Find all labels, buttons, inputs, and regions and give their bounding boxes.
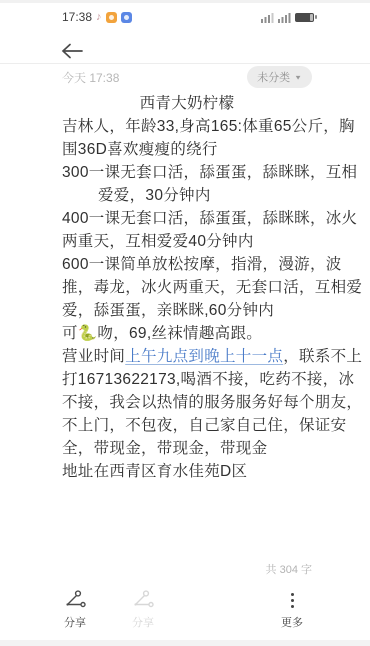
blue-app-badge-icon [121,12,132,23]
text-segment: 不上门，不包夜，自己家自己住，保证安 [62,417,346,434]
word-count: 共 304 字 [266,561,312,577]
signal-bars-icon [261,12,274,23]
text-line: 600一课简单放松按摩，指滑，漫游，波 [62,253,312,276]
text-segment: ，联系不上 [283,348,362,365]
meta-row: 今天 17:38 未分类 ▼ [62,67,312,87]
battery-icon [295,13,314,22]
text-segment: 爱，舔蛋蛋，亲眯眯,60分钟内 [62,302,274,319]
text-segment: 打16713622173,喝酒不接，吃药不接，冰 [62,371,354,388]
music-note-icon: ♪ [96,12,102,23]
text-segment: 爱爱，30分钟内 [98,187,211,204]
text-segment: 吉林人，年龄33,身高165:体重65公斤，胸 [62,118,355,135]
text-line: 推，毒龙，冰火两重天，无套口活，互相爱 [62,276,312,299]
more-dots-icon [291,590,294,610]
share-icon [132,590,154,610]
category-selector[interactable]: 未分类 ▼ [247,66,312,88]
note-content: 西青大奶柠檬 吉林人，年龄33,身高165:体重65公斤，胸围36D喜欢瘦瘦的绕… [62,92,312,483]
text-line: 400一课无套口活，舔蛋蛋，舔眯眯，冰火 [62,207,312,230]
signal-bars-icon [278,12,291,23]
text-segment: 全，带现金，带现金，带现金 [62,440,267,457]
status-right [261,12,314,23]
share-button[interactable]: 分享 [47,590,103,630]
text-segment: 营业时间 [62,348,125,365]
screen-top-edge [0,0,370,3]
note-timestamp: 今天 17:38 [62,69,119,86]
bottom-toolbar: 分享 分享 更多 [0,590,370,636]
header-divider [0,63,370,64]
screen-bottom-edge [0,640,370,646]
nav-bar [60,38,84,64]
text-line: 打16713622173,喝酒不接，吃药不接，冰 [62,368,312,391]
text-segment: 两重天，互相爱爱40分钟内 [62,233,254,250]
text-line: 不上门，不包夜，自己家自己住，保证安 [62,414,312,437]
more-button[interactable]: 更多 [264,590,320,630]
share-label: 分享 [64,614,86,630]
text-line: 营业时间上午九点到晚上十一点，联系不上 [62,345,312,368]
share-icon [64,590,86,610]
phone-screen: 17:38 ♪ 今天 17:38 未分类 ▼ [0,0,370,646]
text-line: 爱，舔蛋蛋，亲眯眯,60分钟内 [62,299,312,322]
text-segment: 300一课无套口活，舔蛋蛋，舔眯眯，互相 [62,164,357,181]
orange-app-badge-icon [106,12,117,23]
business-hours-link[interactable]: 上午九点到晚上十一点 [125,348,283,365]
text-line: 可🐍吻，69,丝袜情趣高跟。 [62,322,312,345]
more-label: 更多 [281,614,303,630]
text-segment: 可🐍吻，69,丝袜情趣高跟。 [62,325,262,342]
text-segment: 600一课简单放松按摩，指滑，漫游，波 [62,256,342,273]
category-label: 未分类 [257,69,290,85]
text-segment: 不接，我会以热情的服务服务好每个朋友， [62,394,362,411]
chevron-down-icon: ▼ [294,73,302,80]
text-line: 不接，我会以热情的服务服务好每个朋友， [62,391,312,414]
status-bar: 17:38 ♪ [62,9,314,25]
note-title: 西青大奶柠檬 [62,92,312,115]
text-segment: 400一课无套口活，舔蛋蛋，舔眯眯，冰火 [62,210,357,227]
status-left: 17:38 ♪ [62,10,132,24]
text-line: 全，带现金，带现金，带现金 [62,437,312,460]
text-segment: 推，毒龙，冰火两重天，无套口活，互相爱 [62,279,362,296]
text-line: 地址在西青区育水佳苑D区 [62,460,312,483]
ghost-share-label: 分享 [132,614,154,630]
back-arrow-icon[interactable] [60,42,84,60]
note-body: 吉林人，年龄33,身高165:体重65公斤，胸围36D喜欢瘦瘦的绕行300一课无… [62,115,312,483]
text-segment: 地址在西青区育水佳苑D区 [62,463,247,480]
text-line: 两重天，互相爱爱40分钟内 [62,230,312,253]
text-segment: 围36D喜欢瘦瘦的绕行 [62,141,218,158]
text-line: 吉林人，年龄33,身高165:体重65公斤，胸 [62,115,312,138]
text-line: 300一课无套口活，舔蛋蛋，舔眯眯，互相 [62,161,312,184]
text-line: 爱爱，30分钟内 [62,184,312,207]
text-line: 围36D喜欢瘦瘦的绕行 [62,138,312,161]
ghost-share-artifact: 分享 [115,590,171,630]
clock-time: 17:38 [62,10,92,24]
